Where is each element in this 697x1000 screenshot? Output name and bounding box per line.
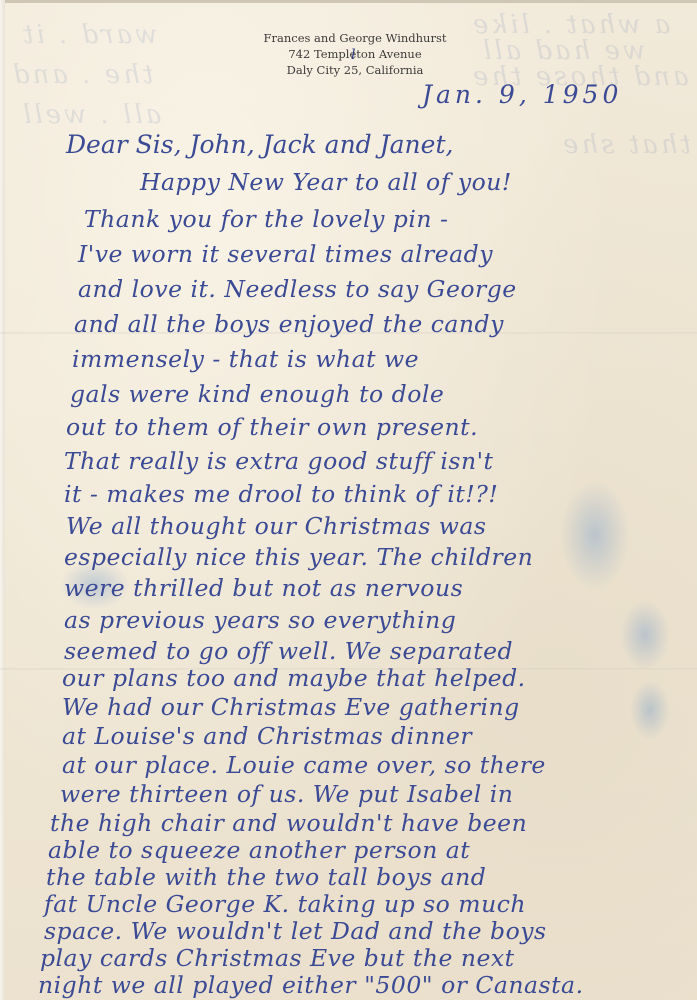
body-line: able to squeeze another person at <box>48 836 470 864</box>
body-line: immensely - that is what we <box>72 345 419 373</box>
body-line: it - makes me drool to think of it!?! <box>64 480 498 508</box>
body-line: gals were kind enough to dole <box>70 380 444 408</box>
body-line: as previous years so everything <box>64 606 456 634</box>
body-line: our plans too and maybe that helped. <box>62 664 526 692</box>
body-line: out to them of their own present. <box>66 413 478 441</box>
body-line: and love it. Needless to say George <box>78 275 517 303</box>
body-line: fat Uncle George K. taking up so much <box>44 890 526 918</box>
letter-page: a what . like we had all and those the w… <box>0 0 697 1000</box>
body-line: night we all played either "500" or Cana… <box>38 971 584 999</box>
body-line: We all thought our Christmas was <box>66 512 486 540</box>
body-line: We had our Christmas Eve gathering <box>62 693 520 721</box>
body-line: especially nice this year. The children <box>64 543 533 571</box>
body-line: seemed to go off well. We separated <box>64 637 513 665</box>
body-line: were thirteen of us. We put Isabel in <box>60 780 513 808</box>
body-line: the table with the two tall boys and <box>46 863 486 891</box>
body-line: at Louise's and Christmas dinner <box>62 722 472 750</box>
body-line: Happy New Year to all of you! <box>140 168 512 196</box>
body-line: Thank you for the lovely pin - <box>84 205 448 233</box>
body-line: and all the boys enjoyed the candy <box>74 310 504 338</box>
letter-body: Happy New Year to all of you! Thank you … <box>0 0 697 1000</box>
body-line: space. We wouldn't let Dad and the boys <box>44 917 547 945</box>
body-line: the high chair and wouldn't have been <box>50 809 527 837</box>
body-line: play cards Christmas Eve but the next <box>40 944 515 972</box>
body-line: at our place. Louie came over, so there <box>62 751 546 779</box>
body-line: were thrilled but not as nervous <box>64 574 463 602</box>
body-line: That really is extra good stuff isn't <box>64 447 494 475</box>
body-line: I've worn it several times already <box>78 240 493 268</box>
